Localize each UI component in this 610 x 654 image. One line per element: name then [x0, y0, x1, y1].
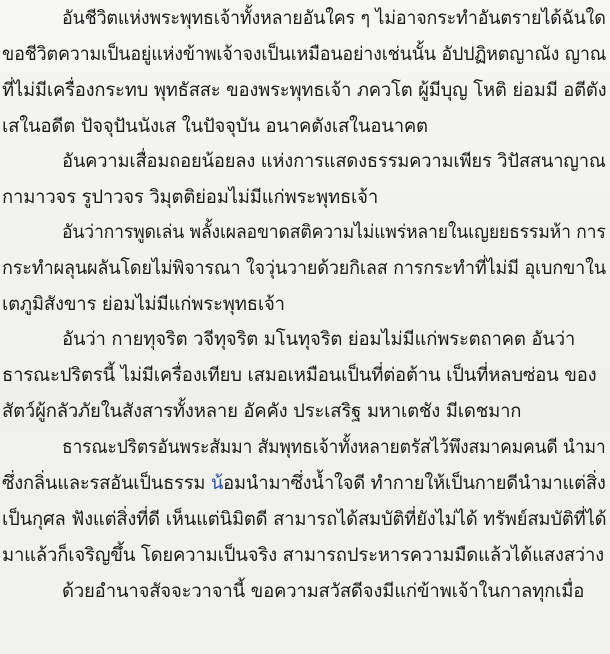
- paragraph-4-line-3: สัตว์ผู้กลัวภัยในสังสารทั้งหลาย อัคคัง ป…: [2, 400, 521, 424]
- paragraph-4-line-2: ธารณะปริตรนี้ ไม่มีเครื่องเทียบ เสมอเหมื…: [2, 364, 596, 388]
- paragraph-3-line-2: กระทำผลุนผลันโดยไม่พิจารณา ใจวุ่นวายด้วย…: [2, 257, 606, 281]
- paragraph-2-line-2: กามาวจร รูปาวจร วิมุตติย่อมไม่มีแก่พระพุ…: [2, 186, 378, 210]
- paragraph-3-line-1: อันว่าการพูดเล่น พลั้งเผลอขาดสติความไม่แ…: [62, 221, 606, 245]
- paragraph-1-line-2: ขอชีวิตความเป็นอยู่แห่งข้าพเจ้าจงเป็นเหม…: [2, 43, 606, 67]
- paragraph-2-line-1: อันความเสื่อมถอยน้อยลง แห่งการแสดงธรรมคว…: [62, 150, 606, 174]
- paragraph-1-line-1: อันชีวิตแห่งพระพุทธเจ้าทั้งหลายอันใคร ๆ …: [62, 7, 592, 31]
- paragraph-1-line-3: ที่ไม่มีเครื่องกระทบ พุทธัสสะ ของพระพุทธ…: [2, 79, 606, 103]
- paragraph-5-line-1: ธารณะปริตรอันพระสัมมา สัมพุทธเจ้าทั้งหลา…: [62, 436, 606, 460]
- line-text-before: ซึ่งกลิ่นและรสอันเป็นธรรม: [2, 473, 211, 494]
- paragraph-6-line-1: ด้วยอำนาจสัจจะวาจานี้ ขอความสวัสดีจงมีแก…: [62, 580, 584, 604]
- paragraph-4-line-1: อันว่า กายทุจริต วจีทุจริต มโนทุจริต ย่อ…: [62, 328, 575, 352]
- scanned-document-page: อันชีวิตแห่งพระพุทธเจ้าทั้งหลายอันใคร ๆ …: [0, 0, 610, 654]
- paragraph-5-line-3: เป็นกุศล ฟังแต่สิ่งที่ดี เห็นแต่นิมิตดี …: [2, 508, 606, 532]
- highlighted-character: น้: [211, 473, 223, 494]
- line-text-after: อมนำมาซึ่งน้ำใจดี ทำกายให้เป็นกายดีนำมาแ…: [223, 473, 605, 494]
- paragraph-1-line-4: เสในอดีต ปัจจุปันนังเส ในปัจจุบัน อนาคตั…: [2, 115, 428, 139]
- paragraph-5-line-4: มาแล้วก็เจริญขึ้น โดยความเป็นจริง สามารถ…: [2, 544, 604, 568]
- paragraph-5-line-2: ซึ่งกลิ่นและรสอันเป็นธรรม น้อมนำมาซึ่งน้…: [2, 472, 606, 496]
- paragraph-3-line-3: เตภูมิสังขาร ย่อมไม่มีแก่พระพุทธเจ้า: [2, 293, 285, 317]
